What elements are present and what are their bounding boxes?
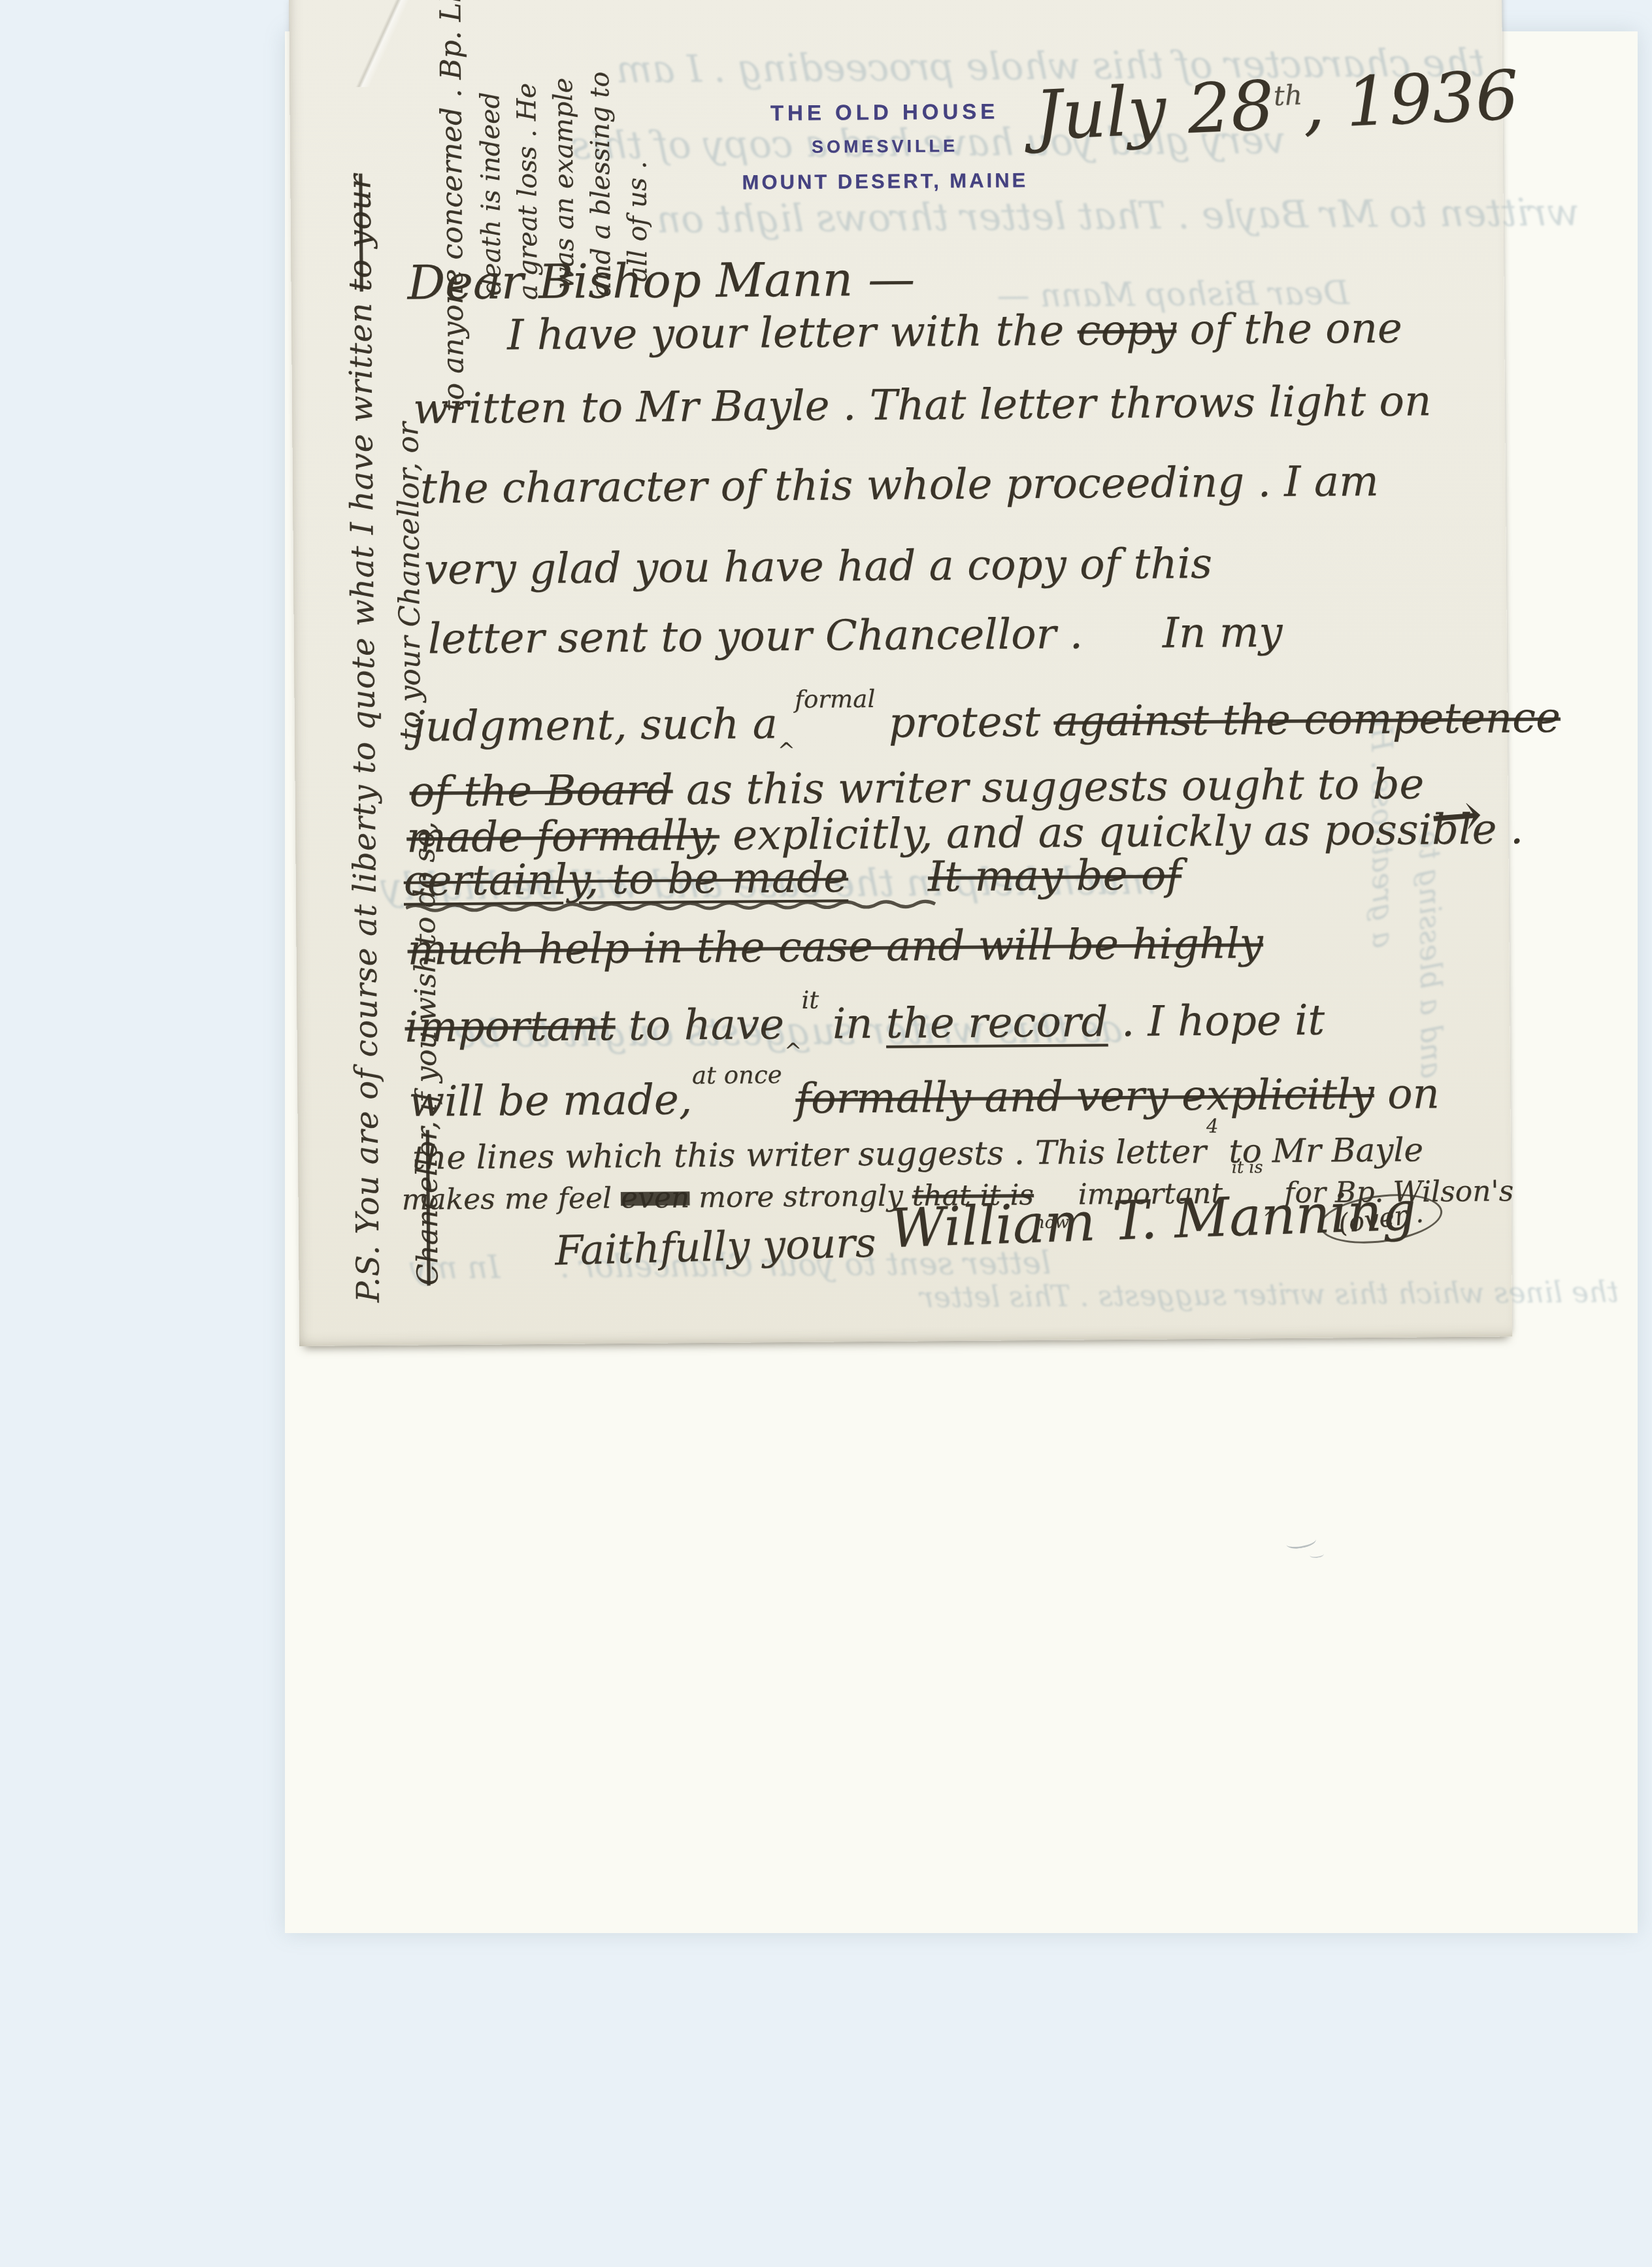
text-segment — [782, 1075, 796, 1123]
text-segment: of the one — [1176, 305, 1402, 355]
paper-fold-crease — [327, 0, 438, 88]
margin-arrow-icon: → — [1427, 777, 1485, 854]
body-line: of the Board as this writer suggests oug… — [409, 763, 1424, 813]
struck-text: much help in the case and will be highly — [407, 919, 1263, 974]
text-segment: to have — [615, 1001, 784, 1050]
top-margin-note-line: all of us . — [622, 161, 653, 282]
struck-text: It may be of — [928, 851, 1182, 901]
bleedthrough-line: and a blessing to — [1412, 831, 1447, 1079]
postscript-line: to your Chancellor, or — [391, 422, 427, 740]
body-line: very glad you have had a copy of this — [424, 543, 1212, 591]
scan-background: the character of this whole proceeding .… — [0, 0, 1652, 2267]
text-segment: the record — [886, 998, 1108, 1048]
letter-paper: the character of this whole proceeding .… — [289, 0, 1512, 1346]
caret-mark: ^ — [784, 1040, 802, 1061]
text-segment: to anyone concerned . Bp. Lloyd's — [433, 0, 471, 412]
text-segment: in — [819, 1000, 886, 1049]
body-line: the lines which this writer suggests . T… — [412, 1133, 1423, 1174]
text-segment: even — [621, 1181, 690, 1215]
struck-text: formally and very explicitly — [795, 1070, 1374, 1123]
body-line: made formally, explicitly, and as quickl… — [406, 808, 1523, 859]
inserted-text: it — [801, 988, 819, 1012]
letterhead-line3: MOUNT DESERT, MAINE — [741, 169, 1029, 194]
body-line: much help in the case and will be highly — [407, 923, 1263, 971]
text-segment: the lines which this writer suggests . T… — [412, 1133, 1207, 1177]
postscript-line: to anyone concerned . Bp. Lloyd's — [433, 0, 471, 412]
date-ordinal: th — [1273, 79, 1303, 112]
postscript-line: Chancellor, if you wish to do so, — [408, 821, 445, 1286]
body-line: certainly, to be made It may be of — [403, 854, 1181, 902]
bleedthrough-line: the lines which this writer suggests . T… — [920, 1276, 1619, 1314]
text-segment: will be made, — [408, 1076, 692, 1126]
inserted-text: at once — [692, 1063, 782, 1087]
top-margin-note-line: a great loss . He — [512, 83, 544, 301]
date-main: July 28 — [1033, 65, 1276, 156]
text-segment: judgment, such a — [412, 700, 778, 751]
struck-text: against the competence — [1053, 694, 1561, 746]
struck-text: copy — [1077, 306, 1176, 355]
top-margin-note-line: was an example — [548, 78, 580, 290]
inserted-text: 4 — [1206, 1117, 1219, 1136]
text-segment: very glad you have had a copy of this — [424, 540, 1212, 594]
text-segment: the character of this whole proceeding .… — [420, 457, 1379, 514]
struck-text: of the Board — [409, 766, 673, 816]
letterhead-line1: THE OLD HOUSE — [740, 99, 1028, 125]
text-segment: . I hope it — [1108, 997, 1325, 1047]
body-line: I have your letter with the copy of the … — [507, 308, 1402, 357]
top-margin-note-line: and a blessing to — [585, 71, 617, 297]
postscript-line: P.S. You are of course at liberty to quo… — [341, 174, 387, 1303]
closing: Faithfully yours — [554, 1219, 876, 1274]
text-segment — [848, 853, 929, 902]
text-segment: , if you wish to do so, — [408, 821, 444, 1131]
struck-text: to your — [341, 174, 378, 292]
body-line: written to Mr Bayle . That letter throws… — [413, 380, 1432, 430]
letterhead-line2: SOMESVILLE — [741, 135, 1029, 157]
bleedthrough-line: written to Mr Bayle . That letter throws… — [657, 190, 1580, 242]
body-line: will be made,at once formally and very e… — [408, 1073, 1440, 1123]
struck-text: Chancellor — [410, 1130, 445, 1285]
text-segment: I have your letter with the — [507, 307, 1078, 360]
body-line: the character of this whole proceeding .… — [420, 461, 1379, 510]
text-segment: to your Chancellor, or — [391, 422, 427, 740]
body-line: letter sent to your Chancellor . In my — [428, 612, 1283, 660]
inserted-text: it is — [1232, 1159, 1263, 1176]
body-line: judgment, such a^formal protest against … — [412, 697, 1561, 748]
caret-mark: ^ — [778, 740, 795, 761]
text-segment: on — [1374, 1070, 1440, 1119]
body-line: important to have^it in the record . I h… — [405, 1000, 1325, 1049]
text-segment: P.S. You are of course at liberty to quo… — [342, 291, 387, 1302]
text-segment: protest — [875, 698, 1054, 748]
inserted-text: formal — [795, 687, 875, 712]
text-segment: written to Mr Bayle . That letter throws… — [413, 377, 1432, 433]
date-year: , 1936 — [1301, 55, 1521, 144]
text-segment: letter sent to your Chancellor . In my — [428, 608, 1283, 663]
text-segment: more strongly — [689, 1180, 912, 1215]
struck-text: certainly, to be made — [403, 853, 848, 905]
top-margin-note-line: death is indeed — [475, 92, 506, 295]
letterhead: THE OLD HOUSE SOMESVILLE MOUNT DESERT, M… — [740, 99, 1029, 194]
